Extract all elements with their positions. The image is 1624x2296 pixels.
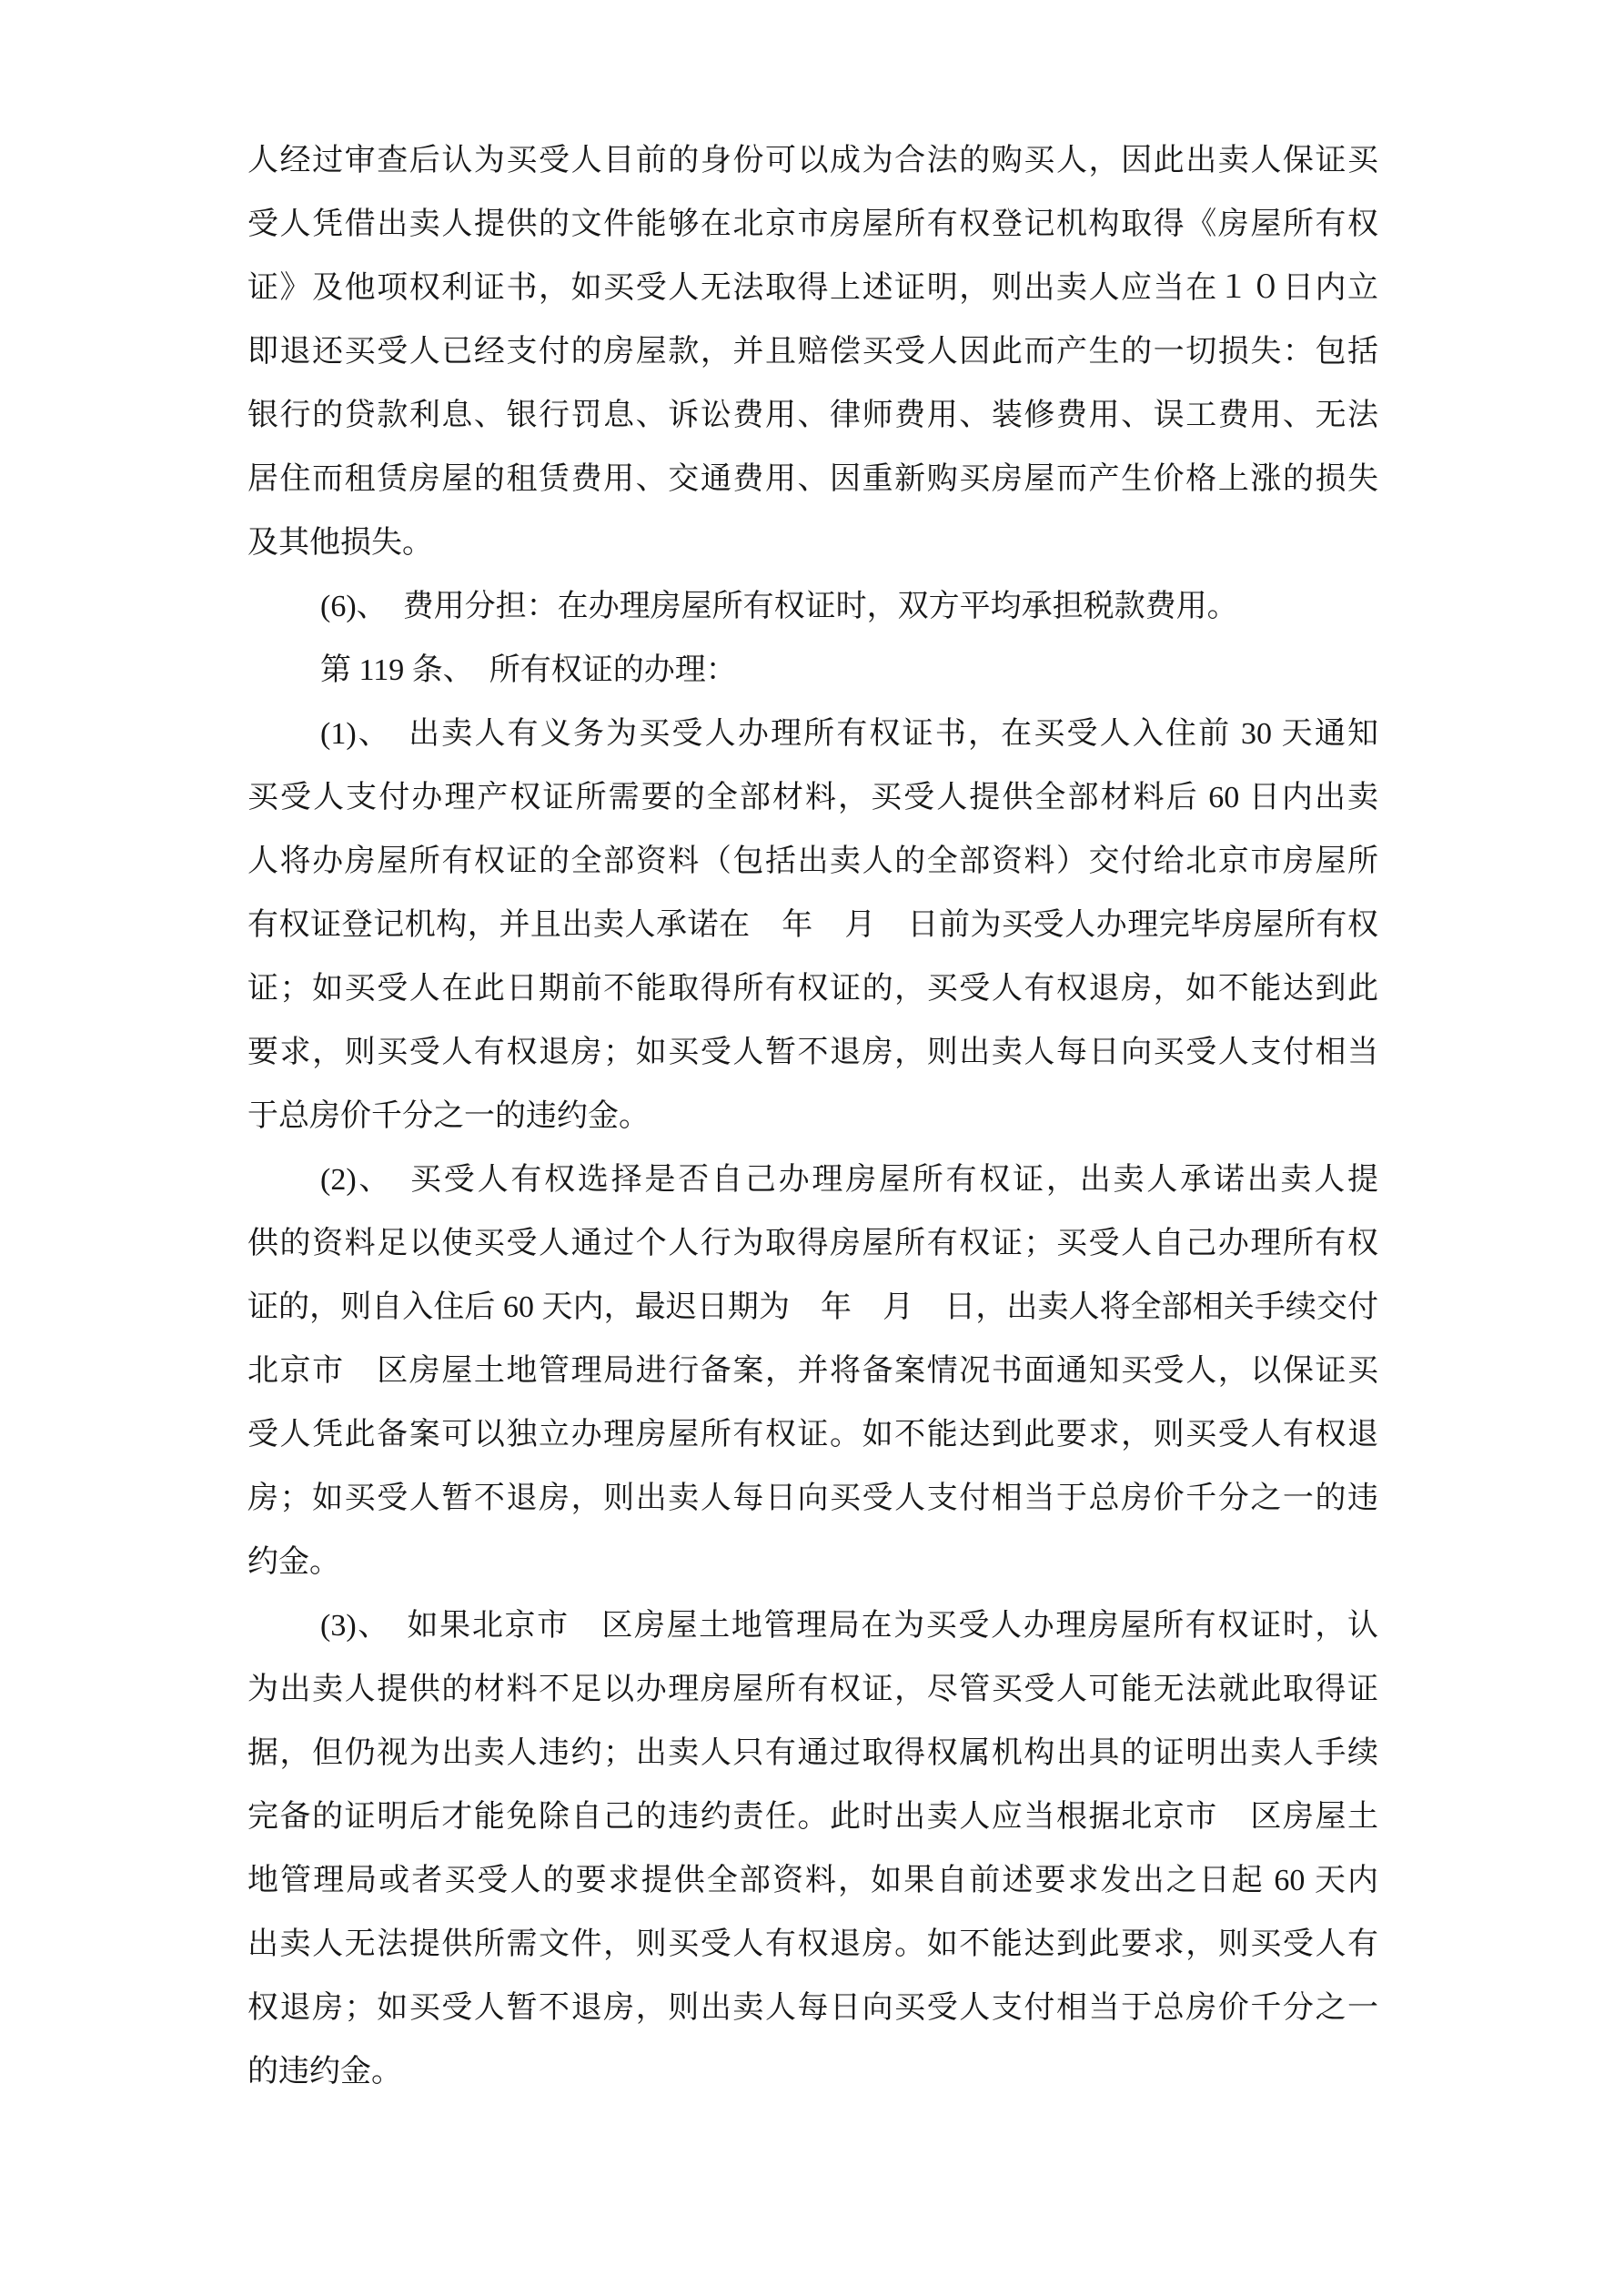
text-line: 人经过审查后认为买受人目前的身份可以成为合法的购买人，因此出卖人保证买 [247,129,1378,193]
text-line: 于总房价千分之一的违约金。 [247,1085,1378,1148]
text-line: 受人凭此备案可以独立办理房屋所有权证。如不能达到此要求，则买受人有权退 [247,1403,1378,1467]
text-line: 供的资料足以使买受人通过个人行为取得房屋所有权证；买受人自己办理所有权 [247,1212,1378,1276]
text-line: 证；如买受人在此日期前不能取得所有权证的，买受人有权退房，如不能达到此 [247,957,1378,1021]
paragraph: (2)、 买受人有权选择是否自己办理房屋所有权证，出卖人承诺出卖人提供的资料足以… [247,1148,1378,1594]
text-line: 证》及他项权利证书，如买受人无法取得上述证明，则出卖人应当在１０日内立 [247,257,1378,320]
paragraph: 人经过审查后认为买受人目前的身份可以成为合法的购买人，因此出卖人保证买受人凭借出… [247,129,1378,575]
text-line: 完备的证明后才能免除自己的违约责任。此时出卖人应当根据北京市 区房屋土 [247,1785,1378,1849]
text-line: 权退房；如买受人暂不退房，则出卖人每日向买受人支付相当于总房价千分之一 [247,1977,1378,2040]
text-line: (3)、 如果北京市 区房屋土地管理局在为买受人办理房屋所有权证时，认 [247,1594,1378,1658]
text-line: 约金。 [247,1531,1378,1594]
text-line: 证的，则自入住后 60 天内，最迟日期为 年 月 日，出卖人将全部相关手续交付 [247,1276,1378,1340]
paragraph: 第 119 条、 所有权证的办理： [247,639,1378,703]
text-line: 银行的贷款利息、银行罚息、诉讼费用、律师费用、装修费用、误工费用、无法 [247,384,1378,448]
text-line: (2)、 买受人有权选择是否自己办理房屋所有权证，出卖人承诺出卖人提 [247,1148,1378,1212]
text-line: 即退还买受人已经支付的房屋款，并且赔偿买受人因此而产生的一切损失：包括 [247,320,1378,384]
paragraph: (6)、 费用分担：在办理房屋所有权证时，双方平均承担税款费用。 [247,575,1378,639]
text-line: 人将办房屋所有权证的全部资料（包括出卖人的全部资料）交付给北京市房屋所 [247,830,1378,894]
text-line: 为出卖人提供的材料不足以办理房屋所有权证，尽管买受人可能无法就此取得证 [247,1658,1378,1722]
text-line: 第 119 条、 所有权证的办理： [247,639,1378,703]
text-line: 买受人支付办理产权证所需要的全部材料，买受人提供全部材料后 60 日内出卖 [247,766,1378,830]
paragraph: (3)、 如果北京市 区房屋土地管理局在为买受人办理房屋所有权证时，认为出卖人提… [247,1594,1378,2104]
text-line: 有权证登记机构，并且出卖人承诺在 年 月 日前为买受人办理完毕房屋所有权 [247,894,1378,957]
text-line: (6)、 费用分担：在办理房屋所有权证时，双方平均承担税款费用。 [247,575,1378,639]
document-body: 人经过审查后认为买受人目前的身份可以成为合法的购买人，因此出卖人保证买受人凭借出… [247,129,1378,2104]
text-line: 的违约金。 [247,2040,1378,2104]
text-line: 要求，则买受人有权退房；如买受人暂不退房，则出卖人每日向买受人支付相当 [247,1021,1378,1085]
text-line: 居住而租赁房屋的租赁费用、交通费用、因重新购买房屋而产生价格上涨的损失 [247,448,1378,511]
paragraph: (1)、 出卖人有义务为买受人办理所有权证书，在买受人入住前 30 天通知买受人… [247,703,1378,1148]
text-line: (1)、 出卖人有义务为买受人办理所有权证书，在买受人入住前 30 天通知 [247,703,1378,766]
text-line: 受人凭借出卖人提供的文件能够在北京市房屋所有权登记机构取得《房屋所有权 [247,193,1378,257]
document-page: 人经过审查后认为买受人目前的身份可以成为合法的购买人，因此出卖人保证买受人凭借出… [0,0,1624,2296]
text-line: 北京市 区房屋土地管理局进行备案，并将备案情况书面通知买受人，以保证买 [247,1340,1378,1403]
text-line: 房；如买受人暂不退房，则出卖人每日向买受人支付相当于总房价千分之一的违 [247,1467,1378,1531]
text-line: 地管理局或者买受人的要求提供全部资料，如果自前述要求发出之日起 60 天内 [247,1849,1378,1913]
text-line: 出卖人无法提供所需文件，则买受人有权退房。如不能达到此要求，则买受人有 [247,1913,1378,1977]
text-line: 据，但仍视为出卖人违约；出卖人只有通过取得权属机构出具的证明出卖人手续 [247,1722,1378,1785]
text-line: 及其他损失。 [247,511,1378,575]
